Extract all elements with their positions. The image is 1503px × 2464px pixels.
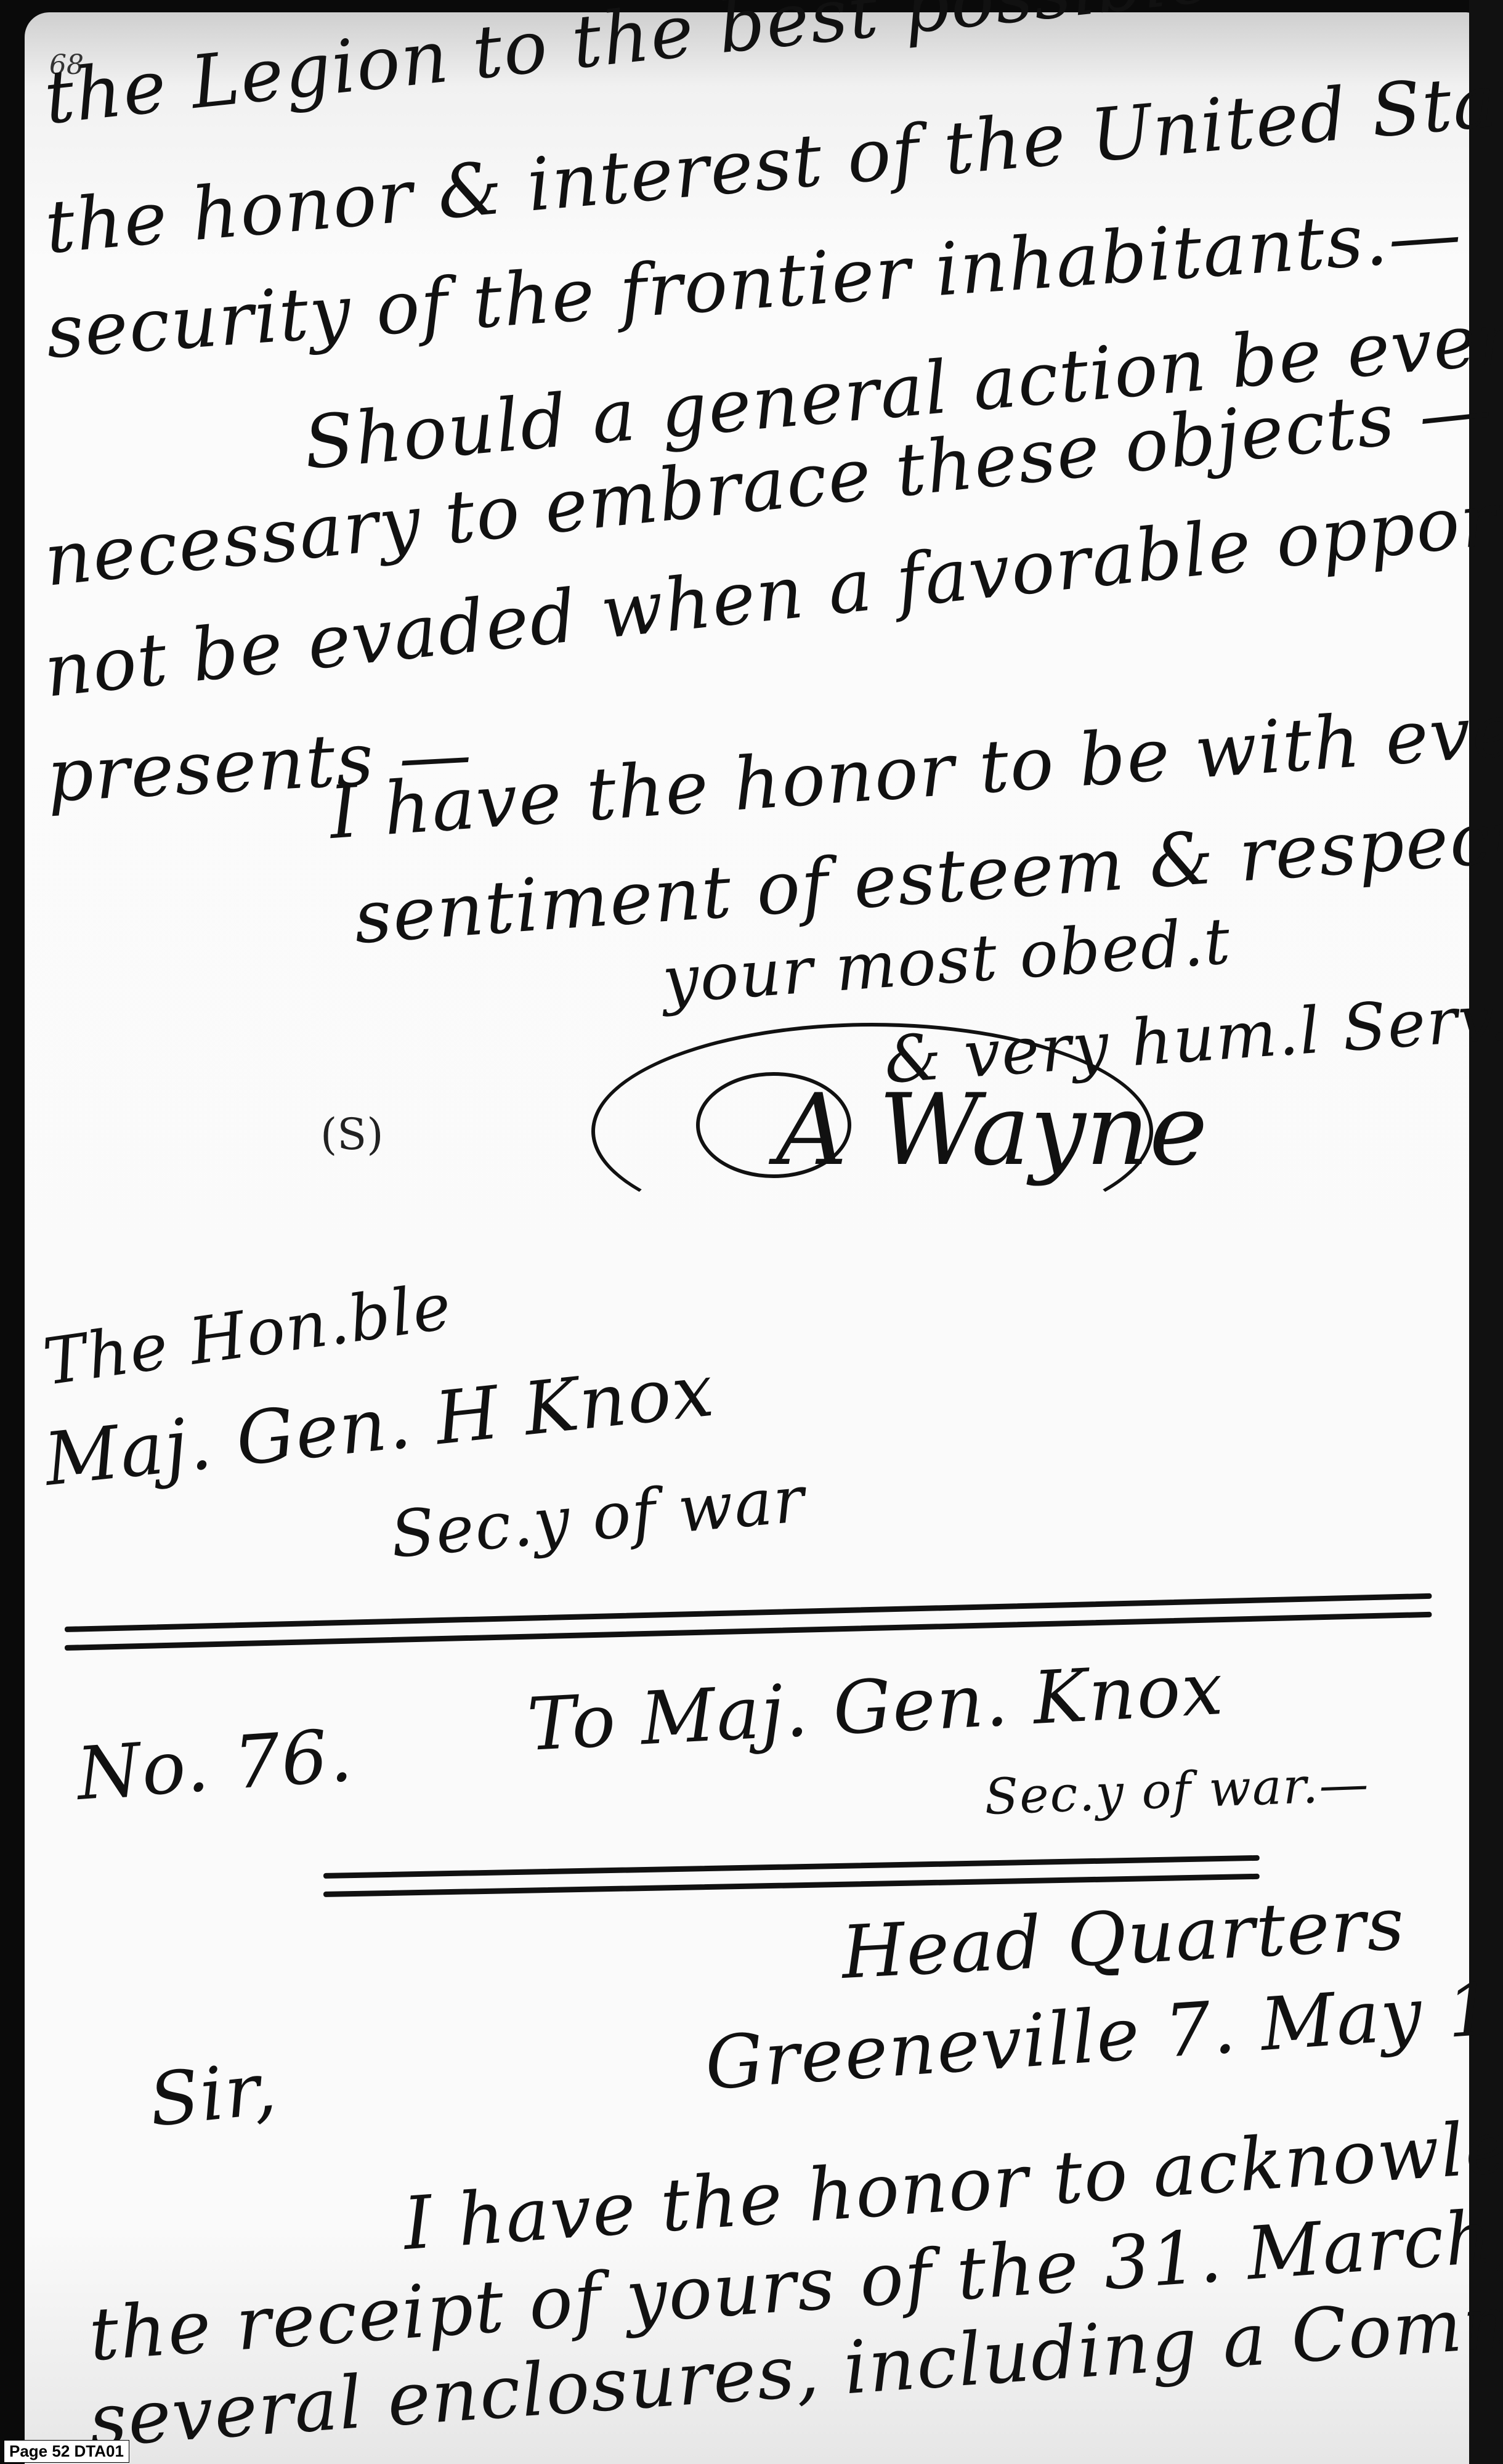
salutation: Sir,: [145, 2045, 282, 2143]
signed-mark: (S): [320, 1109, 384, 1160]
page-label: Page 52 DTA01: [4, 2440, 129, 2463]
signature: A Wayne: [776, 1072, 1207, 1187]
